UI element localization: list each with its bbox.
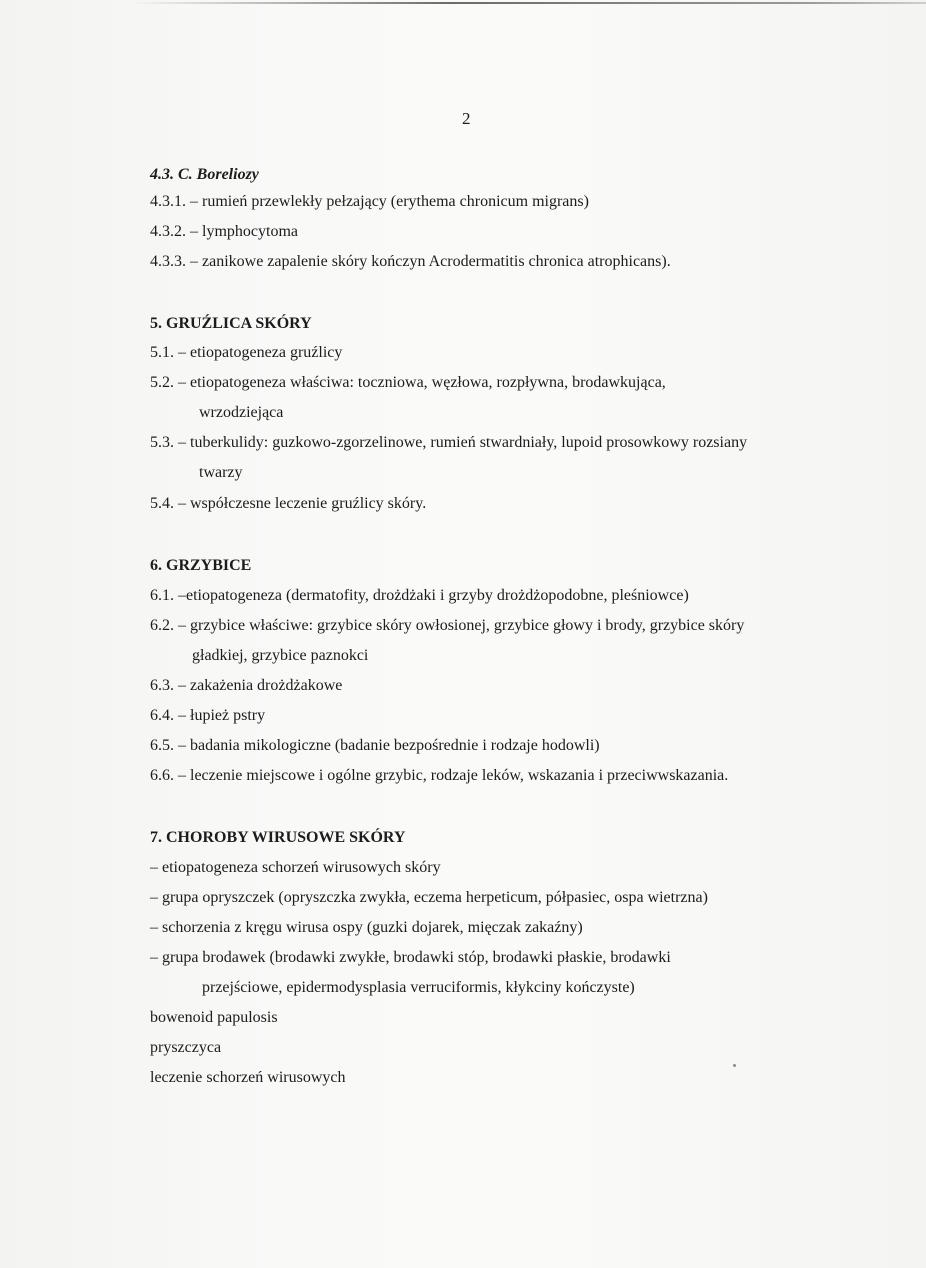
list-item-continuation: wrzodziejąca [199,403,283,423]
list-item: – grupa opryszczek (opryszczka zwykła, e… [150,888,708,908]
list-item-continuation: przejściowe, epidermodysplasia verrucifo… [202,978,635,998]
list-item: 4.3.1. – rumień przewlekły pełzający (er… [150,192,589,212]
page-number: 2 [462,109,471,129]
list-item-continuation: twarzy [199,463,243,483]
list-item: 6.5. – badania mikologiczne (badanie bez… [150,736,600,756]
section-heading-borelioza: 4.3. C. Boreliozy [150,165,259,185]
list-item: bowenoid papulosis [150,1008,278,1028]
list-item-continuation: gładkiej, grzybice paznokci [192,646,368,666]
section-heading-choroby-wirusowe: 7. CHOROBY WIRUSOWE SKÓRY [150,828,405,848]
list-item: 6.1. –etiopatogeneza (dermatofity, drożd… [150,586,689,606]
list-item: – grupa brodawek (brodawki zwykłe, broda… [150,948,671,968]
scan-edge-line [130,2,926,4]
section-heading-gruzlica: 5. GRUŹLICA SKÓRY [150,314,312,334]
list-item: 5.4. – współczesne leczenie gruźlicy skó… [150,494,426,514]
list-item: leczenie schorzeń wirusowych [150,1068,345,1088]
list-item: 4.3.3. – zanikowe zapalenie skóry kończy… [150,252,671,272]
list-item: 4.3.2. – lymphocytoma [150,222,298,242]
list-item: 6.4. – łupież pstry [150,706,265,726]
list-item: – etiopatogeneza schorzeń wirusowych skó… [150,858,441,878]
list-item: 5.3. – tuberkulidy: guzkowo-zgorzelinowe… [150,433,747,453]
scan-speck [733,1064,736,1067]
list-item: 6.2. – grzybice właściwe: grzybice skóry… [150,616,744,636]
section-heading-grzybice: 6. GRZYBICE [150,556,251,576]
list-item: 6.3. – zakażenia drożdżakowe [150,676,342,696]
list-item: pryszczyca [150,1038,221,1058]
list-item: 5.2. – etiopatogeneza właściwa: toczniow… [150,373,666,393]
list-item: 5.1. – etiopatogeneza gruźlicy [150,343,342,363]
scanned-page: 2 4.3. C. Boreliozy 4.3.1. – rumień prze… [0,0,926,1268]
list-item: 6.6. – leczenie miejscowe i ogólne grzyb… [150,766,728,786]
list-item: – schorzenia z kręgu wirusa ospy (guzki … [150,918,583,938]
